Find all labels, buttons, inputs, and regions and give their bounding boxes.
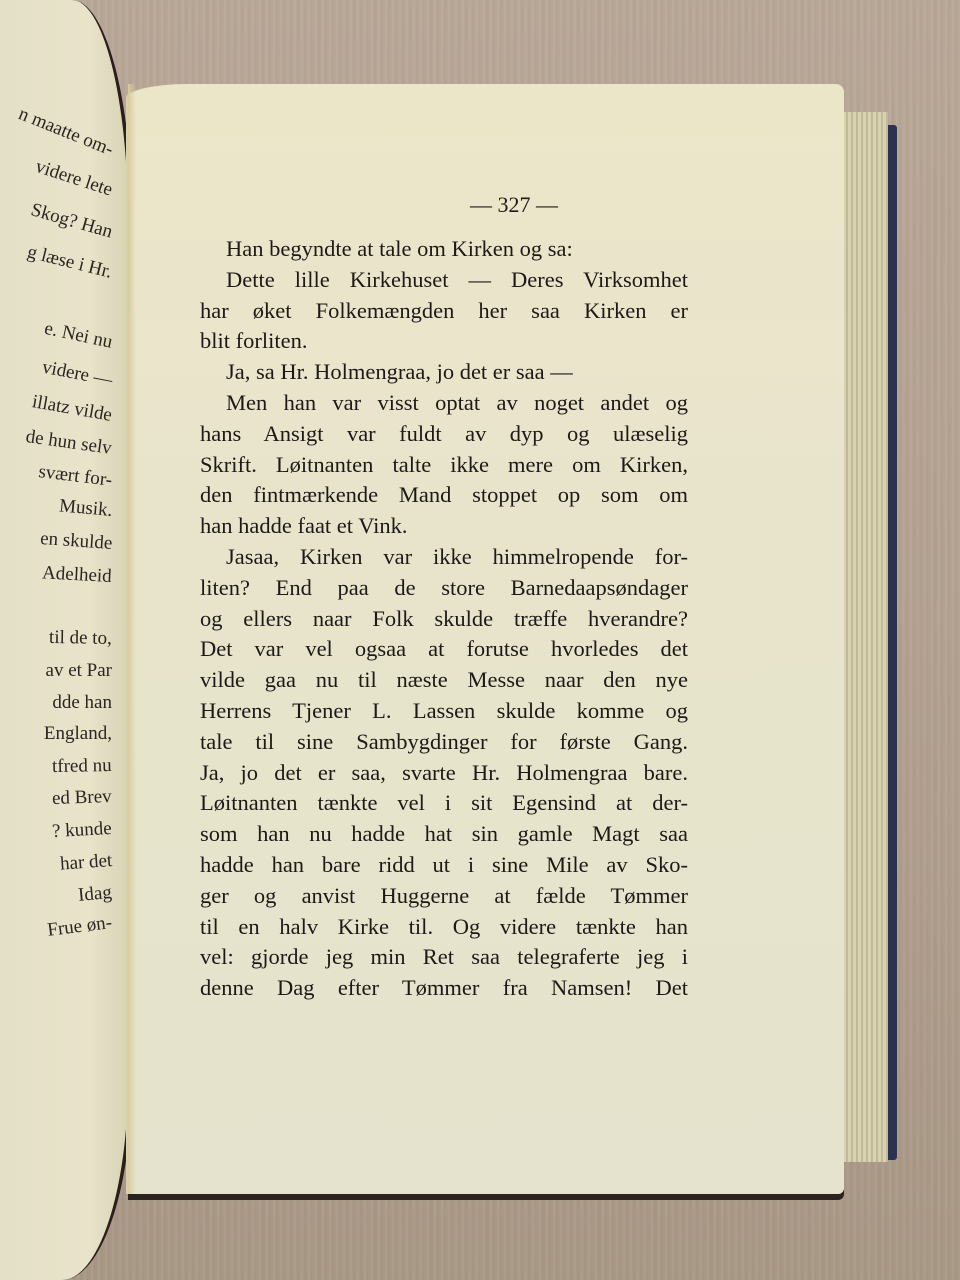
text-line: Skrift. Løitnanten talte ikke mere om Ki…: [200, 450, 688, 481]
text-line: Han begyndte at tale om Kirken og sa:: [200, 234, 688, 265]
text-line: og ellers naar Folk skulde træffe hveran…: [200, 604, 688, 635]
left-text-fragment: Adelheid: [42, 562, 113, 588]
text-line: tale til sine Sambygdinger for første Ga…: [200, 727, 688, 758]
left-text-fragment: ? kunde: [52, 818, 113, 843]
left-text-fragment: ed Brev: [52, 786, 112, 810]
text-line: vilde gaa nu til næste Messe naar den ny…: [200, 665, 688, 696]
text-line: Dette lille Kirkehuset — Deres Virksomhe…: [200, 265, 688, 296]
text-line: Men han var visst optat av noget andet o…: [200, 388, 688, 419]
text-line: hadde han bare ridd ut i sine Mile av Sk…: [200, 850, 688, 881]
left-text-fragment: av et Par: [46, 660, 112, 682]
left-text-fragment: n maatte om-: [15, 103, 116, 161]
text-line: vel: gjorde jeg min Ret saa telegraferte…: [200, 942, 688, 973]
text-line: Det var vel ogsaa at forutse hvorledes d…: [200, 634, 688, 665]
left-text-fragment: til de to,: [49, 627, 112, 650]
left-text-fragment: Frue øn-: [46, 912, 113, 942]
left-text-fragment: har det: [59, 850, 113, 876]
left-text-fragment: en skulde: [39, 528, 113, 555]
left-text-fragment: de hun selv: [25, 426, 114, 460]
left-text-fragment: g læse i Hr.: [25, 241, 114, 283]
text-line: Jasaa, Kirken var ikke himmelropende for…: [200, 542, 688, 573]
text-line: blit forliten.: [200, 326, 688, 357]
page-number: — 327 —: [156, 192, 872, 218]
text-line: har øket Folkemængden her saa Kirken er: [200, 296, 688, 327]
page-body-text: Han begyndte at tale om Kirken og sa:Det…: [200, 234, 688, 1004]
left-page: n maatte om-videre leteSkog? Hang læse i…: [0, 0, 132, 1280]
text-line: Løitnanten tænkte vel i sit Egensind at …: [200, 788, 688, 819]
left-text-fragment: e. Nei nu: [42, 318, 114, 354]
text-line: liten? End paa de store Barnedaapsøndage…: [200, 573, 688, 604]
text-line: ger og anvist Huggerne at fælde Tømmer: [200, 881, 688, 912]
text-line: som han nu hadde hat sin gamle Magt saa: [200, 819, 688, 850]
left-text-fragment: illatz vilde: [31, 391, 114, 427]
left-text-fragment: tfred nu: [52, 755, 112, 778]
left-text-fragment: dde han: [52, 692, 112, 714]
left-text-fragment: Musik.: [58, 495, 113, 522]
left-text-fragment: England,: [44, 723, 112, 745]
right-page: — 327 — Han begyndte at tale om Kirken o…: [128, 84, 844, 1194]
text-line: hans Ansigt var fuldt av dyp og ulæselig: [200, 419, 688, 450]
text-line: denne Dag efter Tømmer fra Namsen! Det: [200, 973, 688, 1004]
text-line: Ja, sa Hr. Holmengraa, jo det er saa —: [200, 357, 688, 388]
text-line: til en halv Kirke til. Og videre tænkte …: [200, 912, 688, 943]
left-text-fragment: svært for-: [37, 461, 113, 492]
text-line: han hadde faat et Vink.: [200, 511, 688, 542]
left-text-fragment: Idag: [77, 882, 113, 907]
page-stack-edge: [838, 112, 888, 1162]
left-text-fragment: videre —: [40, 357, 114, 392]
text-line: Herrens Tjener L. Lassen skulde komme og: [200, 696, 688, 727]
left-text-fragment: videre lete: [33, 156, 116, 202]
text-line: den fintmærkende Mand stoppet op som om: [200, 480, 688, 511]
gutter-shadow: [128, 84, 136, 1194]
left-text-fragment: Skog? Han: [28, 199, 115, 243]
text-line: Ja, jo det er saa, svarte Hr. Holmengraa…: [200, 758, 688, 789]
